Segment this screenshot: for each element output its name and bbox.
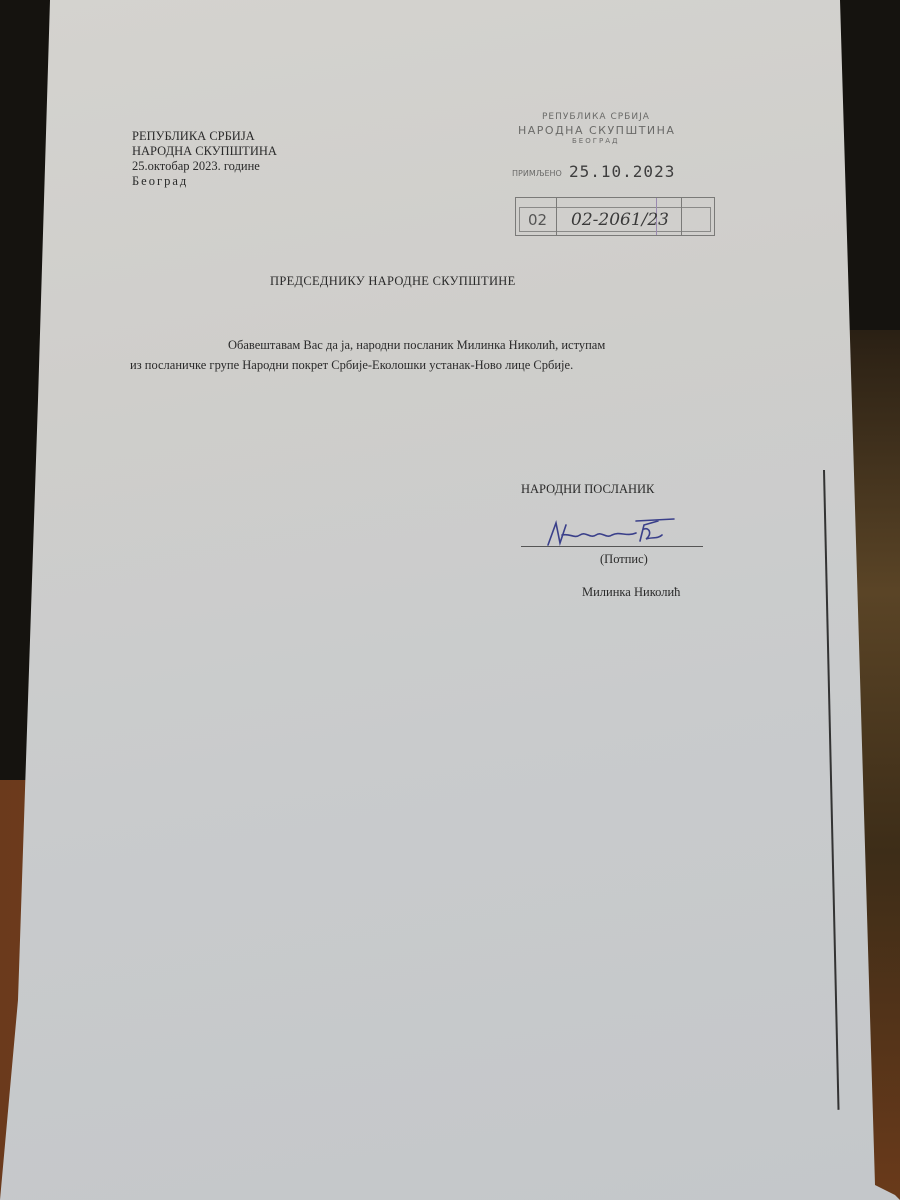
signatory-name: Милинка Николић (582, 585, 680, 600)
header-republic: РЕПУБЛИКА СРБИЈА (132, 129, 277, 144)
stamp-date: 25.10.2023 (569, 162, 675, 181)
body-line-1: Обавештавам Вас да ја, народни посланик … (228, 338, 605, 353)
stamp-registry-number: 02-2061/23 (571, 210, 669, 230)
body-line-2: из посланичке групе Народни покрет Србиј… (130, 358, 573, 373)
received-stamp: РЕПУБЛИКА СРБИЈА НАРОДНА СКУПШТИНА БЕОГР… (512, 112, 717, 240)
header-city: Београд (132, 174, 277, 189)
document-header: РЕПУБЛИКА СРБИЈА НАРОДНА СКУПШТИНА 25.ок… (132, 129, 277, 189)
stamp-republic: РЕПУБЛИКА СРБИЈА (542, 112, 650, 122)
signature-label: (Потпис) (600, 552, 648, 567)
header-date: 25.октобар 2023. године (132, 159, 277, 174)
stamp-org-unit: 02 (528, 211, 547, 229)
stamp-received-label: ПРИМЉЕНО (512, 169, 562, 178)
signature-title: НАРОДНИ ПОСЛАНИК (521, 482, 654, 497)
stamp-city: БЕОГРАД (572, 137, 619, 145)
stamp-assembly: НАРОДНА СКУПШТИНА (518, 124, 675, 137)
header-assembly: НАРОДНА СКУПШТИНА (132, 144, 277, 159)
signature-line (521, 546, 703, 547)
addressee: ПРЕДСЕДНИКУ НАРОДНЕ СКУПШТИНЕ (270, 274, 516, 289)
stamp-registry-box: 02 02-2061/23 (515, 197, 715, 236)
stamp-divider (681, 198, 682, 235)
stamp-divider (556, 198, 557, 235)
